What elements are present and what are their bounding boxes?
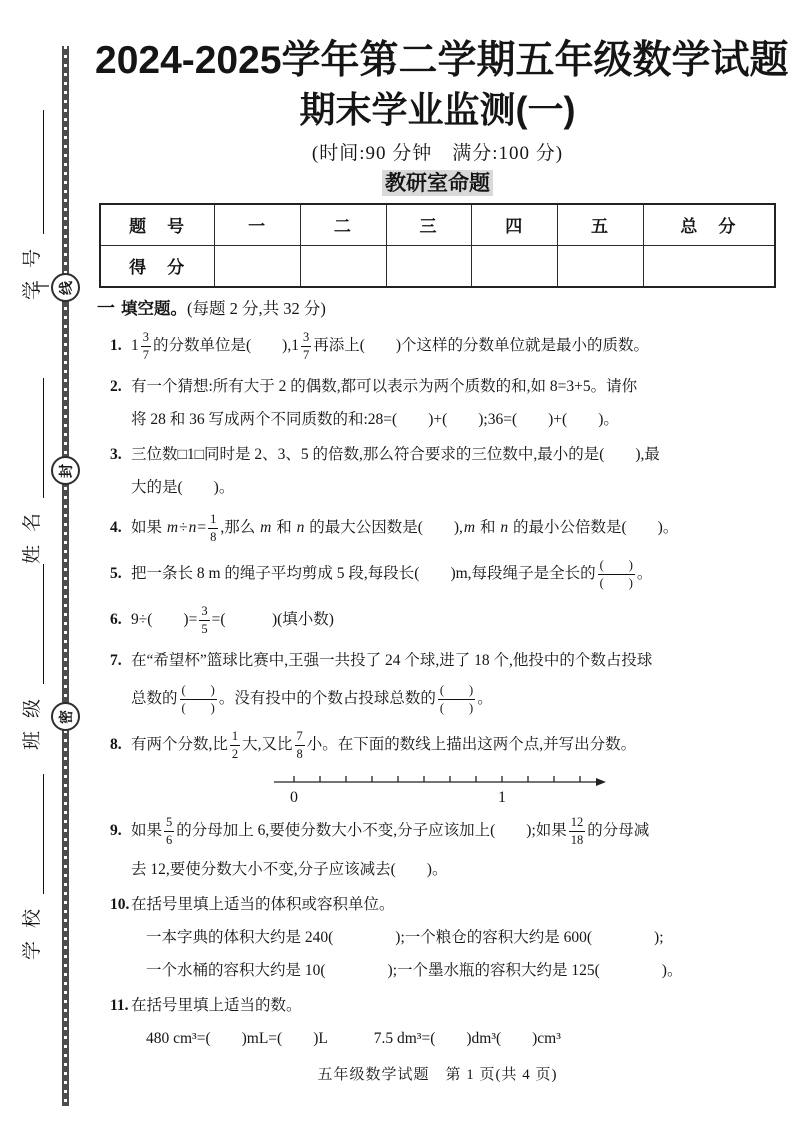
question-line: 3.三位数□1□同时是 2、3、5 的倍数,那么符合要求的三位数中,最小的是( … [110, 438, 780, 471]
question-line: 9.如果56的分母加上 6,要使分数大小不变,分子应该加上( );如果1218的… [110, 809, 780, 853]
question-number: 3. [110, 438, 131, 471]
question-item: 6.9÷( )=35=( )(填小数) [110, 598, 780, 642]
field-blank-line [23, 110, 44, 234]
fraction-numerator: 1 [230, 728, 240, 745]
question-item: 4.如果 m÷n=18,那么 m 和 n 的最大公因数是( ),m 和 n 的最… [110, 506, 780, 550]
question-line: 大的是( )。 [110, 471, 780, 504]
fraction-numerator: 3 [199, 603, 209, 620]
question-number: 4. [110, 506, 131, 550]
field-blank-line [23, 564, 44, 684]
score-col-3: 三 [386, 204, 472, 246]
question-line: 一本字典的体积大约是 240( );一个粮仓的容积大约是 600( ); [110, 921, 780, 954]
fraction: 56 [164, 814, 174, 848]
fraction-numerator: ( ) [598, 557, 635, 574]
question-number: 10. [110, 888, 131, 921]
fraction-numerator: 3 [141, 329, 151, 346]
question-line: 480 cm³=( )mL=( )L 7.5 dm³=( )dm³( )cm³ [110, 1022, 780, 1055]
question-number: 7. [110, 644, 131, 677]
math-variable: m [463, 519, 476, 536]
question-number: 8. [110, 723, 131, 767]
main-content: 2024-2025学年第二学期五年级数学试题 期末学业监测(一) (时间:90 … [95, 38, 780, 1084]
score-col-2: 二 [300, 204, 386, 246]
score-cell [300, 245, 386, 287]
question-line: 11.在括号里填上适当的数。 [110, 989, 780, 1022]
field-blank-line [23, 774, 44, 894]
field-label: 学校 [17, 896, 44, 960]
score-table-score-row: 得 分 [100, 245, 775, 287]
fraction-denominator: 2 [230, 746, 240, 762]
question-item: 5.把一条长 8 m 的绳子平均剪成 5 段,每段长( )m,每段绳子是全长的(… [110, 552, 780, 596]
seal-dotted-line [62, 46, 69, 1106]
field-label: 班级 [17, 686, 44, 750]
question-line: 7.在“希望杯”篮球比赛中,王强一共投了 24 个球,进了 18 个,他投中的个… [110, 644, 780, 677]
score-table-header-row: 题 号 一 二 三 四 五 总 分 [100, 204, 775, 246]
score-cell [643, 245, 775, 287]
score-col-5: 五 [558, 204, 644, 246]
question-item: 8.有两个分数,比12大,又比78小。在下面的数线上描出这两个点,并写出分数。0… [110, 723, 780, 807]
question-item: 10.在括号里填上适当的体积或容积单位。一本字典的体积大约是 240( );一个… [110, 888, 780, 987]
score-cell [472, 245, 558, 287]
fraction: ( )( ) [598, 557, 635, 591]
fraction: 1218 [569, 814, 586, 848]
question-line: 一个水桶的容积大约是 10( );一个墨水瓶的容积大约是 125( )。 [110, 954, 780, 987]
question-line: 将 28 和 36 写成两个不同质数的和:28=( )+( );36=( )+(… [110, 403, 780, 436]
question-number: 1. [110, 324, 131, 368]
issuer-badge: 教研室命题 [382, 170, 493, 196]
fraction-numerator: 7 [295, 728, 305, 745]
fraction: 78 [295, 728, 305, 762]
question-number: 11. [110, 989, 131, 1022]
question-item: 9.如果56的分母加上 6,要使分数大小不变,分子应该加上( );如果1218的… [110, 809, 780, 886]
seal-char-label: 封 [56, 464, 76, 478]
field-label: 姓名 [17, 500, 44, 564]
field-label: 学号 [17, 236, 44, 300]
math-variable: n [296, 519, 306, 536]
question-item: 11.在括号里填上适当的数。480 cm³=( )mL=( )L 7.5 dm³… [110, 989, 780, 1055]
section-number: 一 [95, 298, 113, 318]
section-heading: 一填空题。(每题 2 分,共 32 分) [95, 295, 780, 322]
question-number: 5. [110, 552, 131, 596]
fraction-numerator: ( ) [180, 682, 217, 699]
fraction: 35 [199, 603, 209, 637]
question-line: 10.在括号里填上适当的体积或容积单位。 [110, 888, 780, 921]
question-line: 4.如果 m÷n=18,那么 m 和 n 的最大公因数是( ),m 和 n 的最… [110, 506, 780, 550]
score-col-4: 四 [472, 204, 558, 246]
fraction-numerator: 5 [164, 814, 174, 831]
field-student-number: 学号 [16, 110, 44, 300]
page-footer: 五年级数学试题 第 1 页(共 4 页) [95, 1063, 780, 1084]
fraction-denominator: 7 [141, 347, 151, 363]
seal-char-label: 线 [56, 281, 76, 295]
score-col-1: 一 [215, 204, 301, 246]
fraction-denominator: 7 [301, 347, 311, 363]
questions: 1.137的分数单位是( ),137再添上( )个这样的分数单位就是最小的质数。… [110, 324, 780, 1055]
seal-char-label: 密 [56, 710, 76, 724]
number-line: 01 [272, 769, 610, 807]
seal-char-xian: 线 [51, 273, 80, 302]
score-cell [558, 245, 644, 287]
fraction-numerator: 3 [301, 329, 311, 346]
fraction-denominator: 8 [208, 529, 218, 545]
question-item: 3.三位数□1□同时是 2、3、5 的倍数,那么符合要求的三位数中,最小的是( … [110, 438, 780, 504]
question-line: 总数的( )( )。没有投中的个数占投球总数的( )( )。 [110, 677, 780, 721]
question-line: 1.137的分数单位是( ),137再添上( )个这样的分数单位就是最小的质数。 [110, 324, 780, 368]
exam-title: 2024-2025学年第二学期五年级数学试题 [95, 38, 780, 85]
fraction: 18 [208, 511, 218, 545]
field-blank-line [23, 378, 44, 498]
arrow-head-icon [596, 778, 606, 786]
score-col-total: 总 分 [643, 204, 775, 246]
numberline-zero-label: 0 [290, 789, 298, 806]
math-variable: n [188, 519, 198, 536]
exam-subtitle-line: 期末学业监测(一) [95, 87, 780, 134]
section-title: 填空题。 [121, 299, 187, 318]
math-variable: m [259, 519, 272, 536]
seal-char-mi: 密 [51, 702, 80, 731]
score-table-corner: 题 号 [100, 204, 215, 246]
field-school: 学校 [16, 774, 44, 960]
section-points: (每题 2 分,共 32 分) [187, 299, 326, 318]
question-line: 5.把一条长 8 m 的绳子平均剪成 5 段,每段长( )m,每段绳子是全长的(… [110, 552, 780, 596]
numberline-one-label: 1 [498, 789, 506, 806]
fraction-denominator: 6 [164, 832, 174, 848]
fraction-numerator: ( ) [438, 682, 475, 699]
question-number: 2. [110, 370, 131, 403]
question-number: 9. [110, 809, 131, 853]
question-line: 去 12,要使分数大小不变,分子应该减去( )。 [110, 853, 780, 886]
score-cell [215, 245, 301, 287]
fraction-denominator: 18 [569, 832, 586, 848]
fraction-denominator: ( ) [438, 700, 475, 716]
question-line: 2.有一个猜想:所有大于 2 的偶数,都可以表示为两个质数的和,如 8=3+5。… [110, 370, 780, 403]
question-item: 7.在“希望杯”篮球比赛中,王强一共投了 24 个球,进了 18 个,他投中的个… [110, 644, 780, 721]
fraction: 37 [301, 329, 311, 363]
score-cell [386, 245, 472, 287]
score-row-label: 得 分 [100, 245, 215, 287]
seal-char-feng: 封 [51, 456, 80, 485]
math-variable: n [499, 519, 509, 536]
question-item: 2.有一个猜想:所有大于 2 的偶数,都可以表示为两个质数的和,如 8=3+5。… [110, 370, 780, 436]
question-line: 6.9÷( )=35=( )(填小数) [110, 598, 780, 642]
fraction-numerator: 1 [208, 511, 218, 528]
fraction-denominator: ( ) [180, 700, 217, 716]
math-variable: m [166, 519, 179, 536]
question-item: 1.137的分数单位是( ),137再添上( )个这样的分数单位就是最小的质数。 [110, 324, 780, 368]
field-name: 姓名 [16, 378, 44, 564]
fraction: ( )( ) [180, 682, 217, 716]
fraction: 12 [230, 728, 240, 762]
score-table: 题 号 一 二 三 四 五 总 分 得 分 [99, 203, 776, 288]
fraction-denominator: ( ) [598, 575, 635, 591]
question-number: 6. [110, 598, 131, 642]
badge-row: 教研室命题 [95, 170, 780, 196]
fraction-denominator: 8 [295, 746, 305, 762]
question-line: 8.有两个分数,比12大,又比78小。在下面的数线上描出这两个点,并写出分数。 [110, 723, 780, 767]
fraction-numerator: 12 [569, 814, 586, 831]
field-class: 班级 [16, 564, 44, 750]
fraction-denominator: 5 [199, 621, 209, 637]
fraction: 37 [141, 329, 151, 363]
fraction: ( )( ) [438, 682, 475, 716]
time-score-note: (时间:90 分钟 满分:100 分) [95, 138, 780, 165]
